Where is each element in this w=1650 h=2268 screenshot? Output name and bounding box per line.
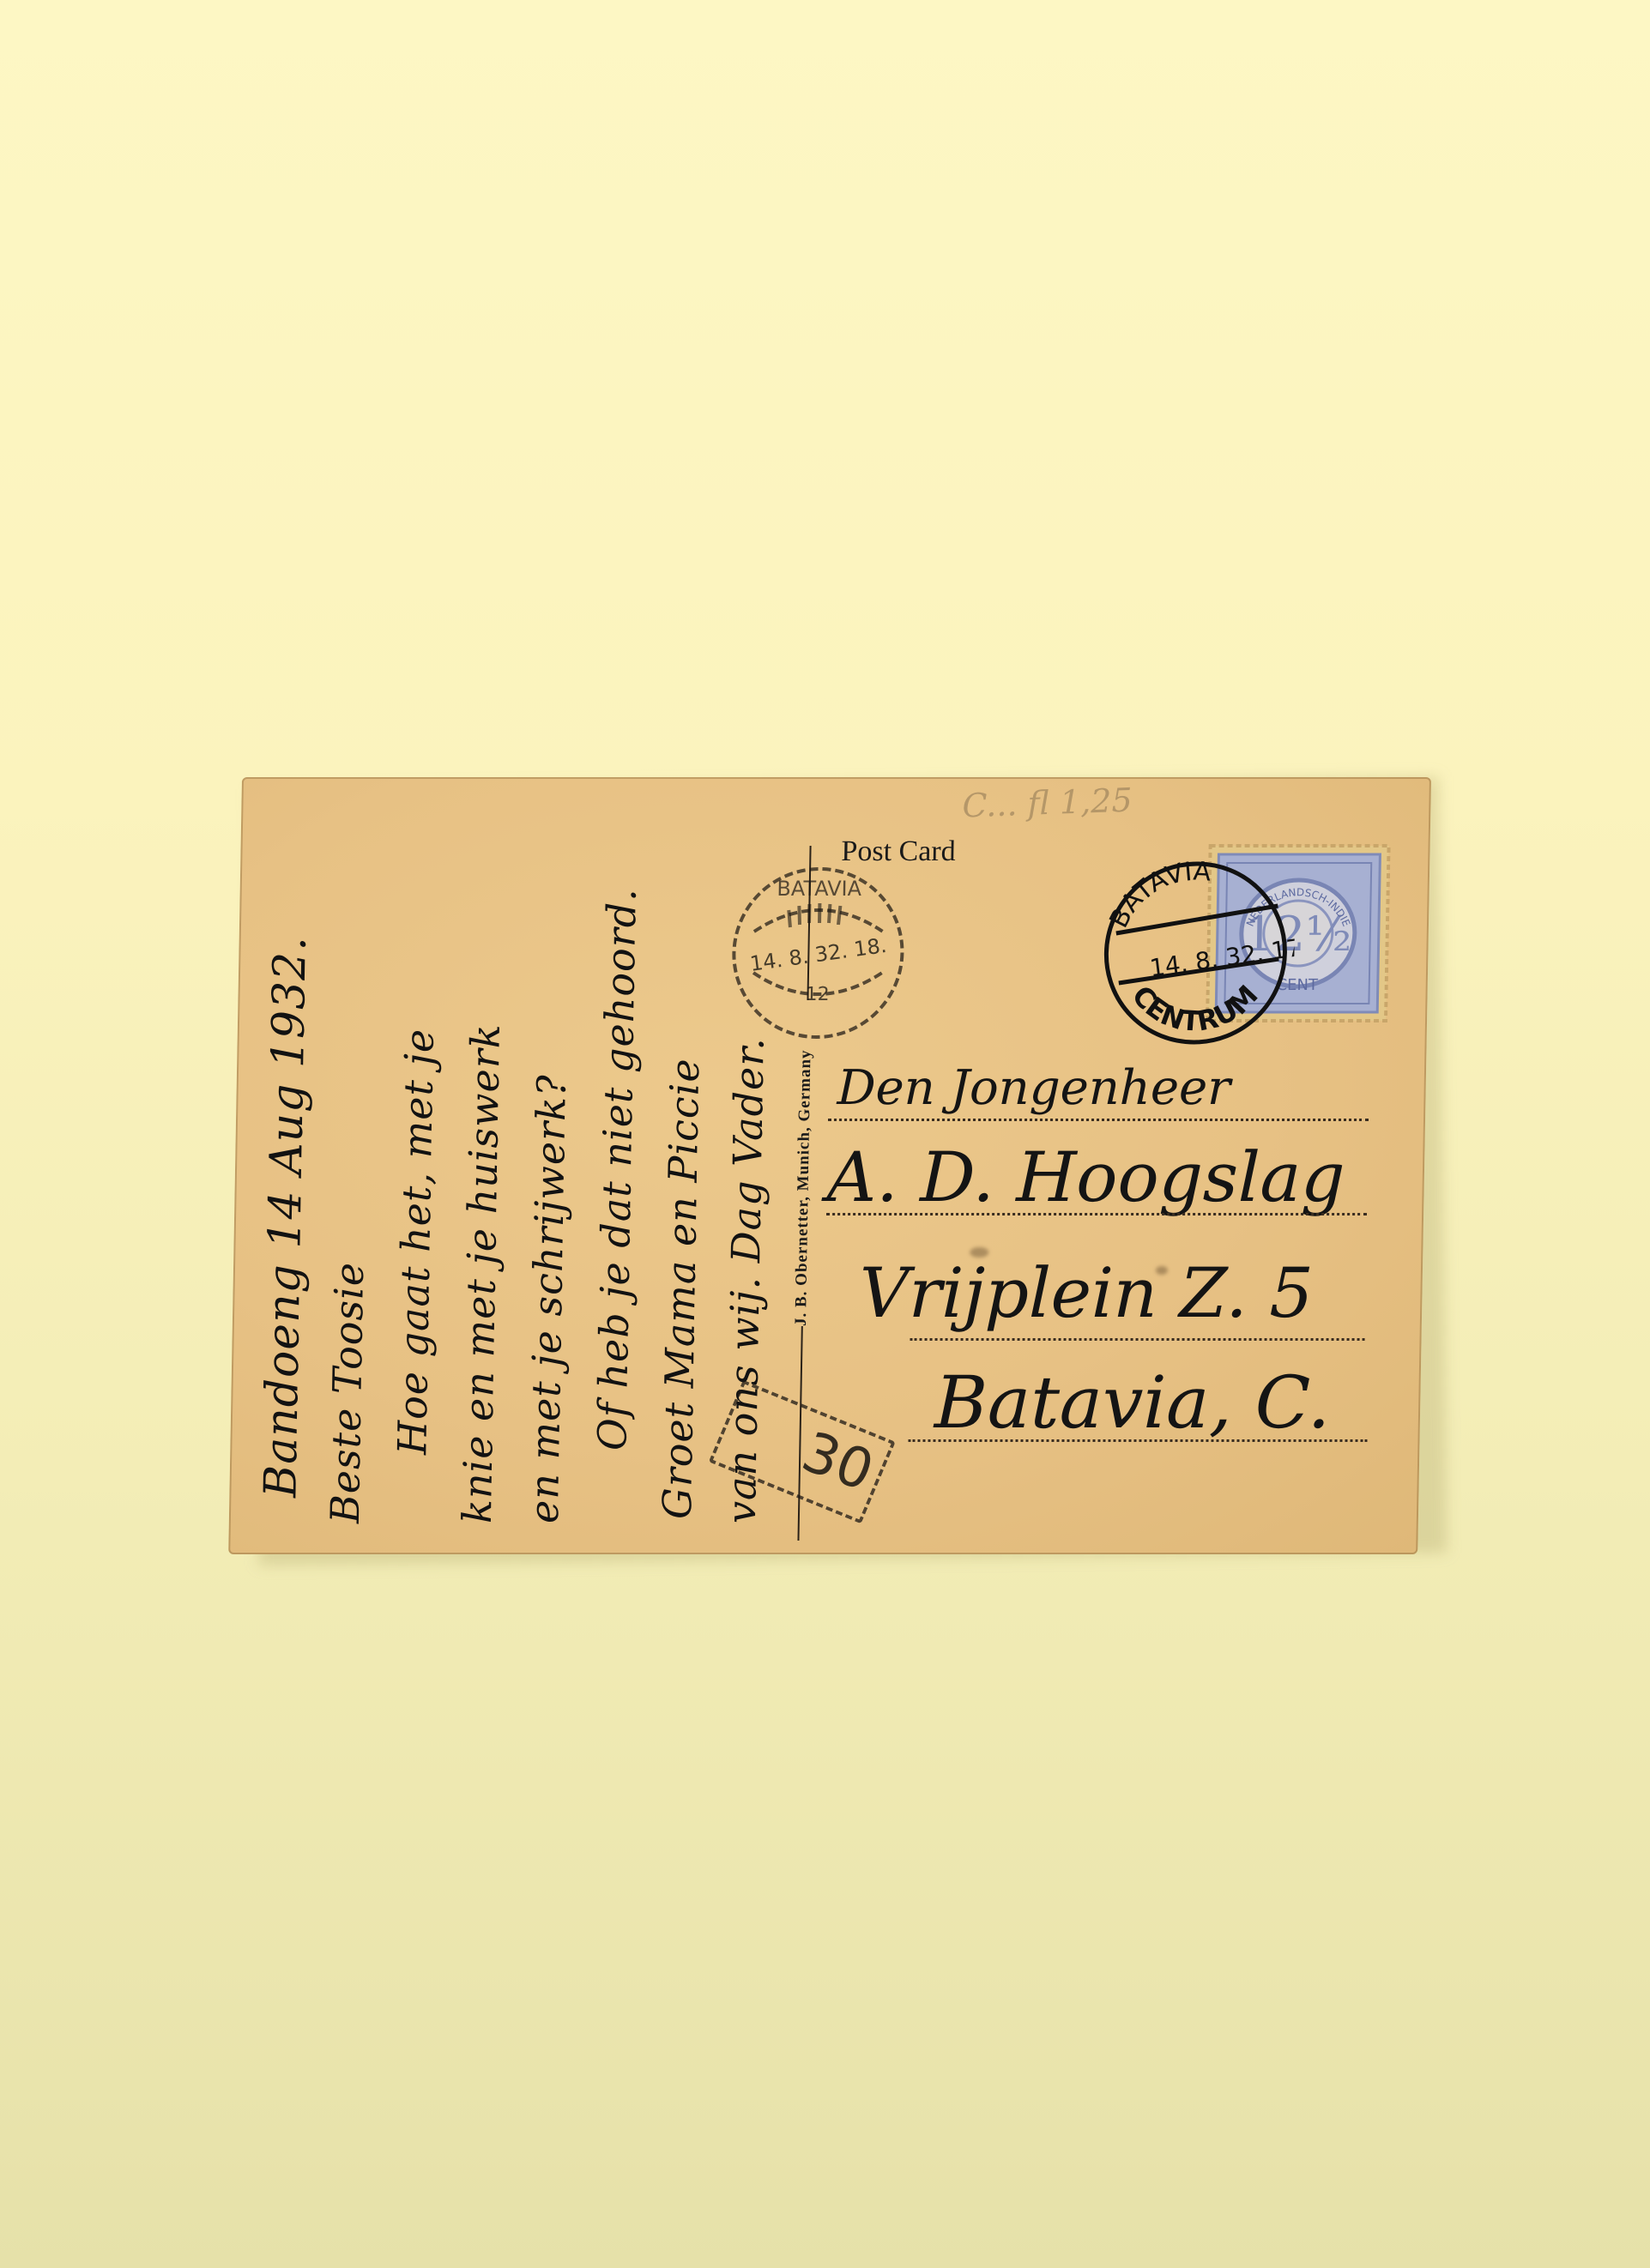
address-line-3: Vrijplein Z. 5	[859, 1253, 1315, 1333]
svg-text:12: 12	[805, 984, 829, 1005]
address-line-4: Batavia, C.	[934, 1360, 1331, 1445]
message-line: Bandoeng 14 Aug 1932.	[255, 936, 316, 1498]
address-rule	[908, 1439, 1367, 1442]
right-postmark: 14. 8. 32. 17. CENTRUM BATAVIA	[1095, 854, 1296, 1052]
address-line-1: Den Jongenheer	[837, 1060, 1230, 1116]
message-line: Of heb je dat niet gehoord.	[589, 888, 644, 1451]
address-rule	[910, 1338, 1365, 1341]
printer-credit: J. B. Obernetter, Munich, Germany	[792, 1049, 816, 1326]
postcard: C... fl 1,25 Bandoeng 14 Aug 1932. Beste…	[228, 777, 1431, 1554]
message-line: knie en met je huiswerk	[454, 1023, 509, 1523]
address-rule	[826, 1213, 1367, 1215]
pencil-note: C... fl 1,25	[962, 781, 1133, 825]
address-rule	[828, 1119, 1369, 1121]
message-line: Beste Toosie	[322, 1262, 372, 1523]
message-line: en met je schrijwerk?	[521, 1074, 575, 1523]
svg-text:14. 8. 32. 18.: 14. 8. 32. 18.	[748, 933, 888, 976]
address-line-2: A. D. Hoogslag	[826, 1137, 1345, 1217]
left-postmark: 14. 8. 32. 18. 12 BATAVIA	[727, 863, 910, 1043]
ink-smudge	[970, 1247, 988, 1258]
message-line: Groet Mama en Piccie	[654, 1058, 708, 1519]
svg-text:BATAVIA: BATAVIA	[777, 877, 862, 901]
svg-text:14. 8. 32. 17.: 14. 8. 32. 17.	[1148, 932, 1296, 983]
message-line: Hoe gaat het, met je	[389, 1028, 443, 1455]
